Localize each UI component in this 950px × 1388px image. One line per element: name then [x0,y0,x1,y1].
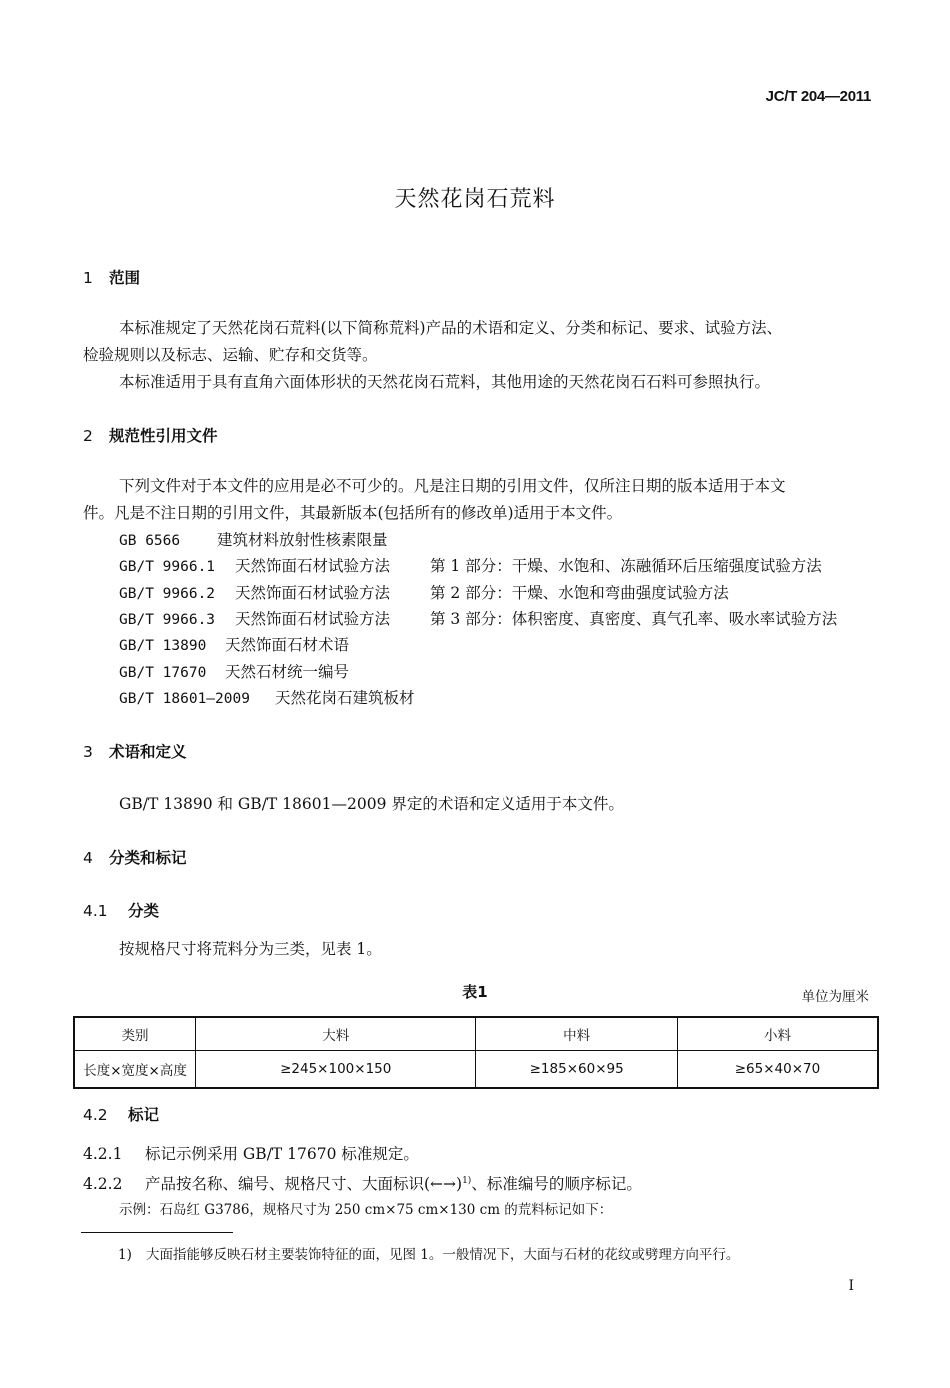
footnote-text: 大面指能够反映石材主要装饰特征的面，见图 1。一般情况下，大面与石材的花纹或劈理… [146,1247,739,1263]
reference-item: GB/T 18601—2009天然花岗石建筑板材 [119,685,415,713]
reference-code: GB/T 17670 [119,660,225,687]
section-title: 分类 [128,902,159,920]
table-header-cell: 小料 [677,1017,878,1051]
footnote: 1)大面指能够反映石材主要装饰特征的面，见图 1。一般情况下，大面与石材的花纹或… [118,1243,739,1263]
clause-text: 标记示例采用 GB/T 17670 标准规定。 [145,1145,419,1163]
standard-code: JC/T 204—2011 [766,88,871,105]
clause-text: 产品按名称、编号、规格尺寸、大面标识(←→) [145,1175,462,1193]
reference-item: GB/T 13890天然饰面石材术语 [119,632,349,660]
reference-title: 天然饰面石材试验方法 [235,580,430,607]
paragraph: 本标准适用于具有直角六面体形状的天然花岗石荒料，其他用途的天然花岗石石料可参照执… [119,369,770,396]
reference-code: GB 6566 [119,528,217,555]
table-header-cell: 类别 [74,1017,196,1051]
table-cell: 长度×宽度×高度 [74,1051,196,1089]
reference-title: 天然饰面石材试验方法 [235,553,430,580]
reference-part: 第 2 部分：干燥、水饱和弯曲强度试验方法 [430,584,729,602]
section-number: 3 [83,743,109,761]
table-cell: ≥245×100×150 [196,1051,476,1089]
reference-title: 建筑材料放射性核素限量 [217,527,388,554]
reference-title: 天然石材统一编号 [225,659,349,686]
section-4-heading: 4分类和标记 [83,846,187,868]
footnote-divider [81,1232,233,1233]
classification-table: 类别 大料 中料 小料 长度×宽度×高度 ≥245×100×150 ≥185×6… [73,1016,879,1089]
reference-code: GB/T 9966.2 [119,581,235,608]
table-cell: ≥65×40×70 [677,1051,878,1089]
section-title: 术语和定义 [109,743,187,761]
section-4-2-heading: 4.2标记 [83,1103,159,1125]
reference-item: GB/T 9966.2天然饰面石材试验方法第 2 部分：干燥、水饱和弯曲强度试验… [119,580,729,608]
reference-part: 第 3 部分：体积密度、真密度、真气孔率、吸水率试验方法 [430,610,837,628]
section-title: 分类和标记 [109,849,187,867]
section-2-heading: 2规范性引用文件 [83,424,218,446]
page-number: I [848,1278,854,1294]
paragraph: 按规格尺寸将荒料分为三类，见表 1。 [119,936,382,963]
section-title: 标记 [128,1106,159,1124]
reference-title: 天然花岗石建筑板材 [275,685,415,712]
clause-number: 4.2.2 [83,1171,145,1198]
section-number: 4.2 [83,1106,128,1124]
paragraph: 下列文件对于本文件的应用是必不可少的。凡是注日期的引用文件，仅所注日期的版本适用… [119,473,786,500]
reference-code: GB/T 9966.3 [119,607,235,634]
paragraph: 件。凡是不注日期的引用文件，其最新版本(包括所有的修改单)适用于本文件。 [83,500,622,527]
reference-code: GB/T 13890 [119,633,225,660]
reference-item: GB/T 9966.3天然饰面石材试验方法第 3 部分：体积密度、真密度、真气孔… [119,606,837,634]
reference-title: 天然饰面石材试验方法 [235,606,430,633]
section-1-heading: 1范围 [83,266,140,288]
reference-item: GB/T 17670天然石材统一编号 [119,659,349,687]
section-title: 规范性引用文件 [109,427,218,445]
reference-code: GB/T 9966.1 [119,554,235,581]
footnote-marker: 1) [118,1247,146,1263]
table-header-cell: 中料 [476,1017,678,1051]
table-header-row: 类别 大料 中料 小料 [74,1017,878,1051]
section-4-1-heading: 4.1分类 [83,899,159,921]
reference-title: 天然饰面石材术语 [225,632,349,659]
clause-number: 4.2.1 [83,1141,145,1168]
reference-item: GB 6566建筑材料放射性核素限量 [119,527,388,555]
table-header-cell: 大料 [196,1017,476,1051]
paragraph: GB/T 13890 和 GB/T 18601—2009 界定的术语和定义适用于… [119,791,624,818]
paragraph: 检验规则以及标志、运输、贮存和交货等。 [83,342,378,369]
paragraph: 本标准规定了天然花岗石荒料(以下简称荒料)产品的术语和定义、分类和标记、要求、试… [119,315,782,342]
clause-text: 、标准编号的顺序标记。 [471,1175,642,1193]
table-cell: ≥185×60×95 [476,1051,678,1089]
table-row: 长度×宽度×高度 ≥245×100×150 ≥185×60×95 ≥65×40×… [74,1051,878,1089]
section-number: 2 [83,427,109,445]
section-number: 1 [83,269,109,287]
section-number: 4 [83,849,109,867]
section-3-heading: 3术语和定义 [83,740,187,762]
reference-code: GB/T 18601—2009 [119,686,275,713]
reference-item: GB/T 9966.1天然饰面石材试验方法第 1 部分：干燥、水饱和、冻融循环后… [119,553,822,581]
reference-part: 第 1 部分：干燥、水饱和、冻融循环后压缩强度试验方法 [430,557,822,575]
clause-4-2-1: 4.2.1标记示例采用 GB/T 17670 标准规定。 [83,1141,419,1168]
footnote-reference: 1) [462,1176,471,1186]
example-text: 示例：石岛红 G3786，规格尺寸为 250 cm×75 cm×130 cm 的… [119,1198,612,1218]
section-title: 范围 [109,269,140,287]
document-title: 天然花岗石荒料 [0,182,950,213]
table-unit: 单位为厘米 [802,985,870,1005]
section-number: 4.1 [83,902,128,920]
clause-4-2-2: 4.2.2产品按名称、编号、规格尺寸、大面标识(←→)1)、标准编号的顺序标记。 [83,1168,642,1198]
